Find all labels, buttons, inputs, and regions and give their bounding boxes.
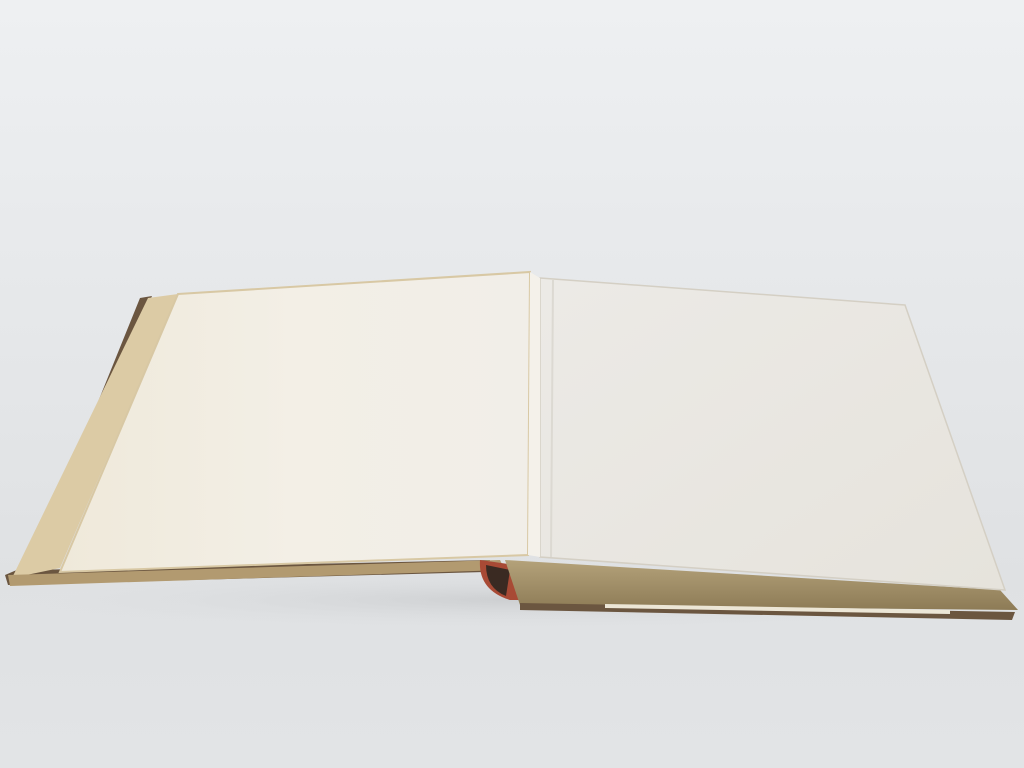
left-page-edge bbox=[528, 272, 540, 557]
open-book bbox=[0, 0, 1024, 768]
photo-scene bbox=[0, 0, 1024, 768]
left-page bbox=[60, 272, 530, 572]
right-page bbox=[540, 278, 1005, 590]
